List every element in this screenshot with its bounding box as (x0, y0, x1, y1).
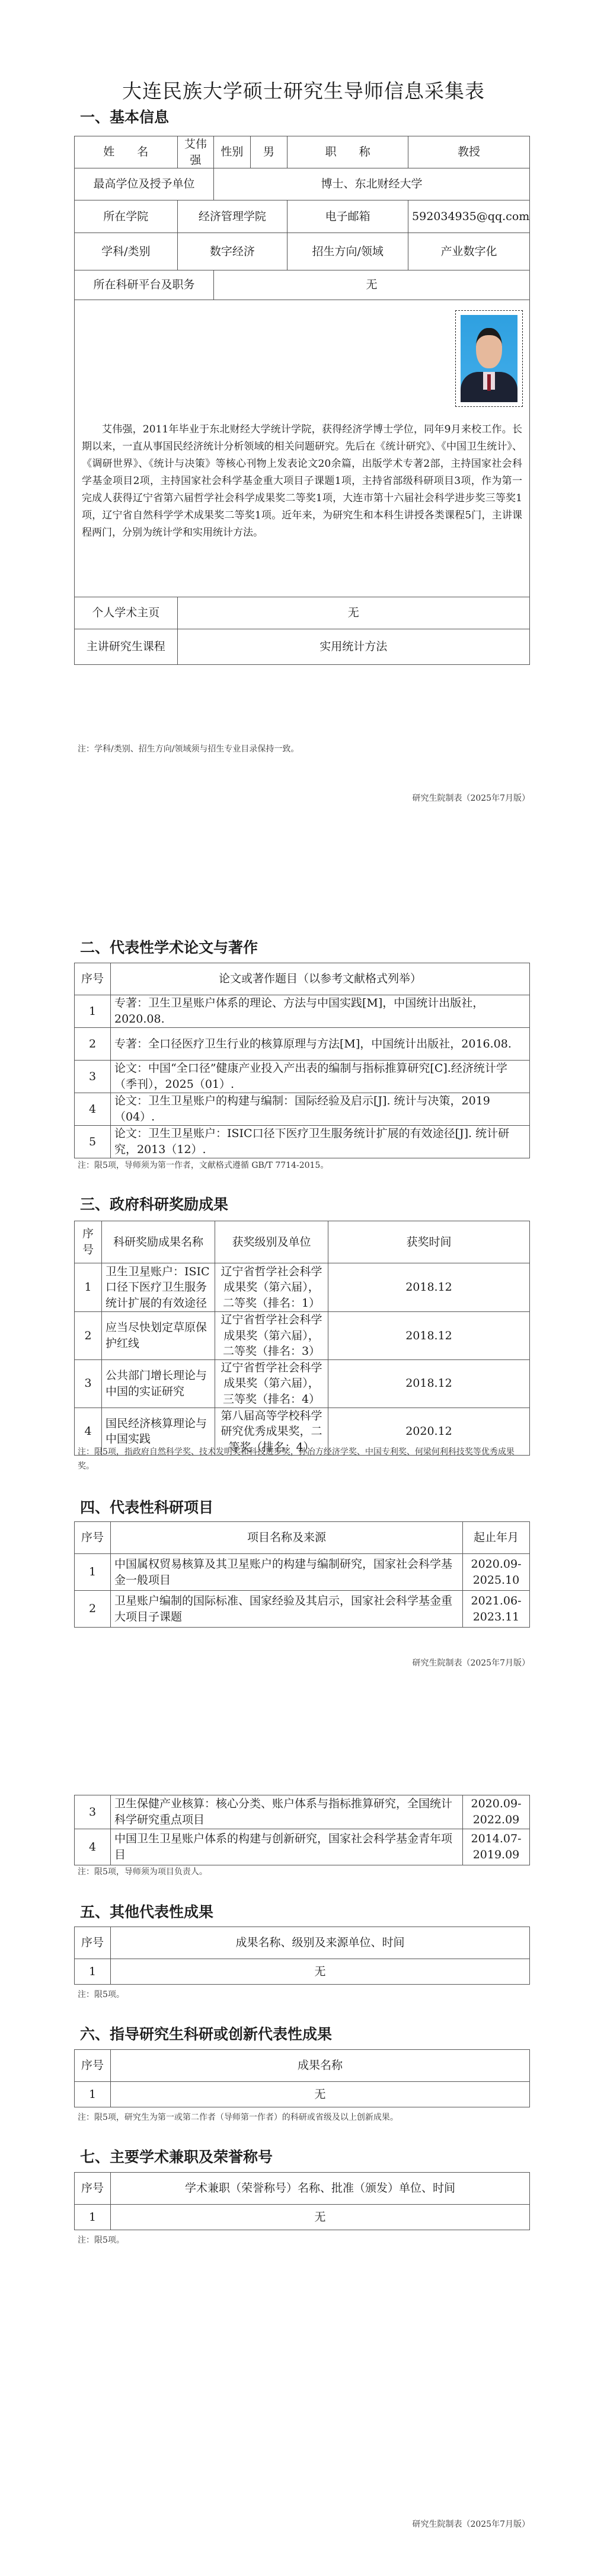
section-heading-awards: 三、政府科研奖励成果 (80, 1193, 228, 1214)
papers-table: 序号 论文或著作题目（以参考文献格式列举） 1 专著：卫生卫星账户体系的理论、方… (74, 963, 530, 1158)
platform-label: 所在科研平台及职务 (75, 270, 214, 300)
degree-value: 博士、东北财经大学 (214, 168, 530, 200)
photo-frame (455, 310, 523, 407)
row-no: 1 (75, 995, 111, 1028)
awards-col-time: 获奖时间 (328, 1221, 530, 1263)
table-row: 1 专著：卫生卫星账户体系的理论、方法与中国实践[M]，中国统计出版社，2020… (75, 995, 530, 1028)
paper-text: 论文：卫生卫星账户：ISIC口径下医疗卫生服务统计扩展的有效途径[J]. 统计研… (111, 1126, 530, 1158)
rank-label: 职 称 (287, 136, 408, 168)
award-time: 2018.12 (328, 1359, 530, 1408)
discipline-value: 数字经济 (177, 233, 287, 270)
table-row: 1 无 (75, 1959, 530, 1985)
table-row: 1 卫生卫星账户：ISIC口径下医疗卫生服务统计扩展的有效途径 辽宁省哲学社会科… (75, 1263, 530, 1312)
gender-value: 男 (250, 136, 287, 168)
projects-col-no: 序号 (75, 1522, 111, 1554)
table-row: 2 应当尽快划定草原保护红线 辽宁省哲学社会科学成果奖（第六届），二等奖（排名：… (75, 1312, 530, 1360)
section4-note: 注：限5项，导师须为项目负责人。 (78, 1865, 207, 1877)
homepage-label: 个人学术主页 (75, 597, 178, 629)
row-no: 1 (75, 1554, 111, 1591)
email-value: 592034935@qq.com (408, 200, 530, 233)
page-footer-2: 研究生院制表（2025年7月版） (412, 1657, 530, 1668)
section6-note: 注：限5项，研究生为第一或第二作者（导师第一作者）的科研或省级及以上创新成果。 (78, 2111, 398, 2123)
award-level: 辽宁省哲学社会科学成果奖（第六届），二等奖（排名：3） (215, 1312, 328, 1360)
other-col-no: 序号 (75, 1927, 111, 1959)
awards-table: 序号 科研奖励成果名称 获奖级别及单位 获奖时间 1 卫生卫星账户：ISIC口径… (74, 1221, 530, 1456)
platform-value: 无 (214, 270, 530, 300)
section-heading-basic-info: 一、基本信息 (80, 106, 169, 127)
direction-value: 产业数字化 (408, 233, 530, 270)
direction-label: 招生方向/领域 (287, 233, 408, 270)
paper-text: 专著：卫生卫星账户体系的理论、方法与中国实践[M]，中国统计出版社，2020.0… (111, 995, 530, 1028)
section3-note: 注：限5项，指政府自然科学奖、技术发明奖和科技进步奖，孙冶方经济学奖、中国专利奖… (78, 1445, 528, 1473)
row-no: 1 (75, 2205, 111, 2230)
table-row: 4 中国卫生卫星账户体系的构建与创新研究，国家社会科学基金青年项目 2014.0… (75, 1829, 530, 1865)
other-results-table: 序号 成果名称、级别及来源单位、时间 1 无 (74, 1927, 530, 1985)
titles-table: 序号 学术兼职（荣誉称号）名称、批准（颁发）单位、时间 1 无 (74, 2172, 530, 2230)
awards-col-no: 序号 (75, 1221, 102, 1263)
row-no: 4 (75, 1829, 111, 1865)
bio-text: 艾伟强，2011年毕业于东北财经大学统计学院，获得经济学博士学位，同年9月来校工… (82, 421, 522, 542)
college-label: 所在学院 (75, 200, 178, 233)
row-no: 4 (75, 1093, 111, 1126)
awards-col-name: 科研奖励成果名称 (102, 1221, 215, 1263)
row-no: 2 (75, 1028, 111, 1061)
project-period: 2020.09-2022.09 (463, 1795, 530, 1829)
section-heading-papers: 二、代表性学术论文与著作 (80, 936, 258, 957)
homepage-value: 无 (177, 597, 529, 629)
section-heading-student-results: 六、指导研究生科研或创新代表性成果 (80, 2023, 332, 2044)
course-value: 实用统计方法 (177, 629, 529, 665)
paper-text: 论文：中国“全口径”健康产业投入产出表的编制与指标推算研究[C].经济统计学（季… (111, 1061, 530, 1093)
project-name: 中国卫生卫星账户体系的构建与创新研究，国家社会科学基金青年项目 (111, 1829, 463, 1865)
award-level: 辽宁省哲学社会科学成果奖（第六届），二等奖（排名：1） (215, 1263, 328, 1312)
project-period: 2020.09-2025.10 (463, 1554, 530, 1591)
row-no: 1 (75, 1263, 102, 1312)
table-row: 2 专著：全口径医疗卫生行业的核算原理与方法[M]，中国统计出版社，2016.0… (75, 1028, 530, 1061)
other-col-name: 成果名称、级别及来源单位、时间 (111, 1927, 530, 1959)
table-row: 1 无 (75, 2082, 530, 2107)
section1-note: 注：学科/类别、招生方向/领域须与招生专业目录保持一致。 (78, 743, 299, 754)
other-result-text: 无 (111, 1959, 530, 1985)
course-label: 主讲研究生课程 (75, 629, 178, 665)
section-heading-projects: 四、代表性科研项目 (80, 1496, 213, 1517)
awards-col-level: 获奖级别及单位 (215, 1221, 328, 1263)
portrait-photo (461, 315, 517, 402)
email-label: 电子邮箱 (287, 200, 408, 233)
row-no: 3 (75, 1061, 111, 1093)
award-name: 卫生卫星账户：ISIC口径下医疗卫生服务统计扩展的有效途径 (102, 1263, 215, 1312)
row-no: 1 (75, 1959, 111, 1985)
projects-col-period: 起止年月 (463, 1522, 530, 1554)
name-value: 艾伟强 (177, 136, 213, 168)
table-row: 3 公共部门增长理论与中国的实证研究 辽宁省哲学社会科学成果奖（第六届），三等奖… (75, 1359, 530, 1408)
table-row: 4 论文：卫生卫星账户的构建与编制：国际经验及启示[J]. 统计与决策，2019… (75, 1093, 530, 1126)
table-row: 3 论文：中国“全口径”健康产业投入产出表的编制与指标推算研究[C].经济统计学… (75, 1061, 530, 1093)
paper-text: 论文：卫生卫星账户的构建与编制：国际经验及启示[J]. 统计与决策，2019（0… (111, 1093, 530, 1126)
project-name: 中国属权贸易核算及其卫星账户的构建与编制研究，国家社会科学基金一般项目 (111, 1554, 463, 1591)
section-heading-titles: 七、主要学术兼职及荣誉称号 (80, 2145, 273, 2167)
rank-value: 教授 (408, 136, 530, 168)
table-row: 1 无 (75, 2205, 530, 2230)
page-footer-3: 研究生院制表（2025年7月版） (412, 2518, 530, 2530)
papers-col-no: 序号 (75, 963, 111, 995)
college-value: 经济管理学院 (177, 200, 287, 233)
basic-info-table: 姓 名 艾伟强 性别 男 职 称 教授 最高学位及授予单位 博士、东北财经大学 … (74, 136, 530, 665)
table-row: 1 中国属权贸易核算及其卫星账户的构建与编制研究，国家社会科学基金一般项目 20… (75, 1554, 530, 1591)
titles-col-no: 序号 (75, 2173, 111, 2205)
student-col-no: 序号 (75, 2050, 111, 2082)
row-no: 3 (75, 1795, 111, 1829)
award-level: 辽宁省哲学社会科学成果奖（第六届），三等奖（排名：4） (215, 1359, 328, 1408)
projects-table: 序号 项目名称及来源 起止年月 1 中国属权贸易核算及其卫星账户的构建与编制研究… (74, 1521, 530, 1628)
projects-table-continued: 3 卫生保健产业核算：核心分类、账户体系与指标推算研究，全国统计科学研究重点项目… (74, 1795, 530, 1865)
row-no: 5 (75, 1126, 111, 1158)
table-row: 3 卫生保健产业核算：核心分类、账户体系与指标推算研究，全国统计科学研究重点项目… (75, 1795, 530, 1829)
degree-label: 最高学位及授予单位 (75, 168, 214, 200)
project-period: 2021.06-2023.11 (463, 1591, 530, 1628)
project-name: 卫生保健产业核算：核心分类、账户体系与指标推算研究，全国统计科学研究重点项目 (111, 1795, 463, 1829)
student-col-name: 成果名称 (111, 2050, 530, 2082)
row-no: 3 (75, 1359, 102, 1408)
section5-note: 注：限5项。 (78, 1988, 124, 2000)
row-no: 2 (75, 1591, 111, 1628)
section7-note: 注：限5项。 (78, 2234, 124, 2246)
project-name: 卫星账户编制的国际标准、国家经验及其启示，国家社会科学基金重大项目子课题 (111, 1591, 463, 1628)
page-title: 大连民族大学硕士研究生导师信息采集表 (0, 76, 607, 104)
discipline-label: 学科/类别 (75, 233, 178, 270)
row-no: 2 (75, 1312, 102, 1360)
section2-note: 注：限5项，导师须为第一作者，文献格式遵循 GB/T 7714-2015。 (78, 1159, 328, 1171)
award-name: 应当尽快划定草原保护红线 (102, 1312, 215, 1360)
table-row: 2 卫星账户编制的国际标准、国家经验及其启示，国家社会科学基金重大项目子课题 2… (75, 1591, 530, 1628)
student-result-text: 无 (111, 2082, 530, 2107)
papers-col-title: 论文或著作题目（以参考文献格式列举） (111, 963, 530, 995)
bio-cell: 艾伟强，2011年毕业于东北财经大学统计学院，获得经济学博士学位，同年9月来校工… (75, 300, 530, 597)
projects-col-name: 项目名称及来源 (111, 1522, 463, 1554)
section-heading-other-results: 五、其他代表性成果 (80, 1900, 213, 1922)
student-results-table: 序号 成果名称 1 无 (74, 2049, 530, 2107)
award-time: 2018.12 (328, 1312, 530, 1360)
page-footer-1: 研究生院制表（2025年7月版） (412, 792, 530, 804)
name-label: 姓 名 (75, 136, 178, 168)
titles-col-name: 学术兼职（荣誉称号）名称、批准（颁发）单位、时间 (111, 2173, 530, 2205)
row-no: 1 (75, 2082, 111, 2107)
table-row: 5 论文：卫生卫星账户：ISIC口径下医疗卫生服务统计扩展的有效途径[J]. 统… (75, 1126, 530, 1158)
project-period: 2014.07-2019.09 (463, 1829, 530, 1865)
award-time: 2018.12 (328, 1263, 530, 1312)
award-name: 公共部门增长理论与中国的实证研究 (102, 1359, 215, 1408)
gender-label: 性别 (214, 136, 250, 168)
paper-text: 专著：全口径医疗卫生行业的核算原理与方法[M]，中国统计出版社，2016.08. (111, 1028, 530, 1061)
title-text: 无 (111, 2205, 530, 2230)
